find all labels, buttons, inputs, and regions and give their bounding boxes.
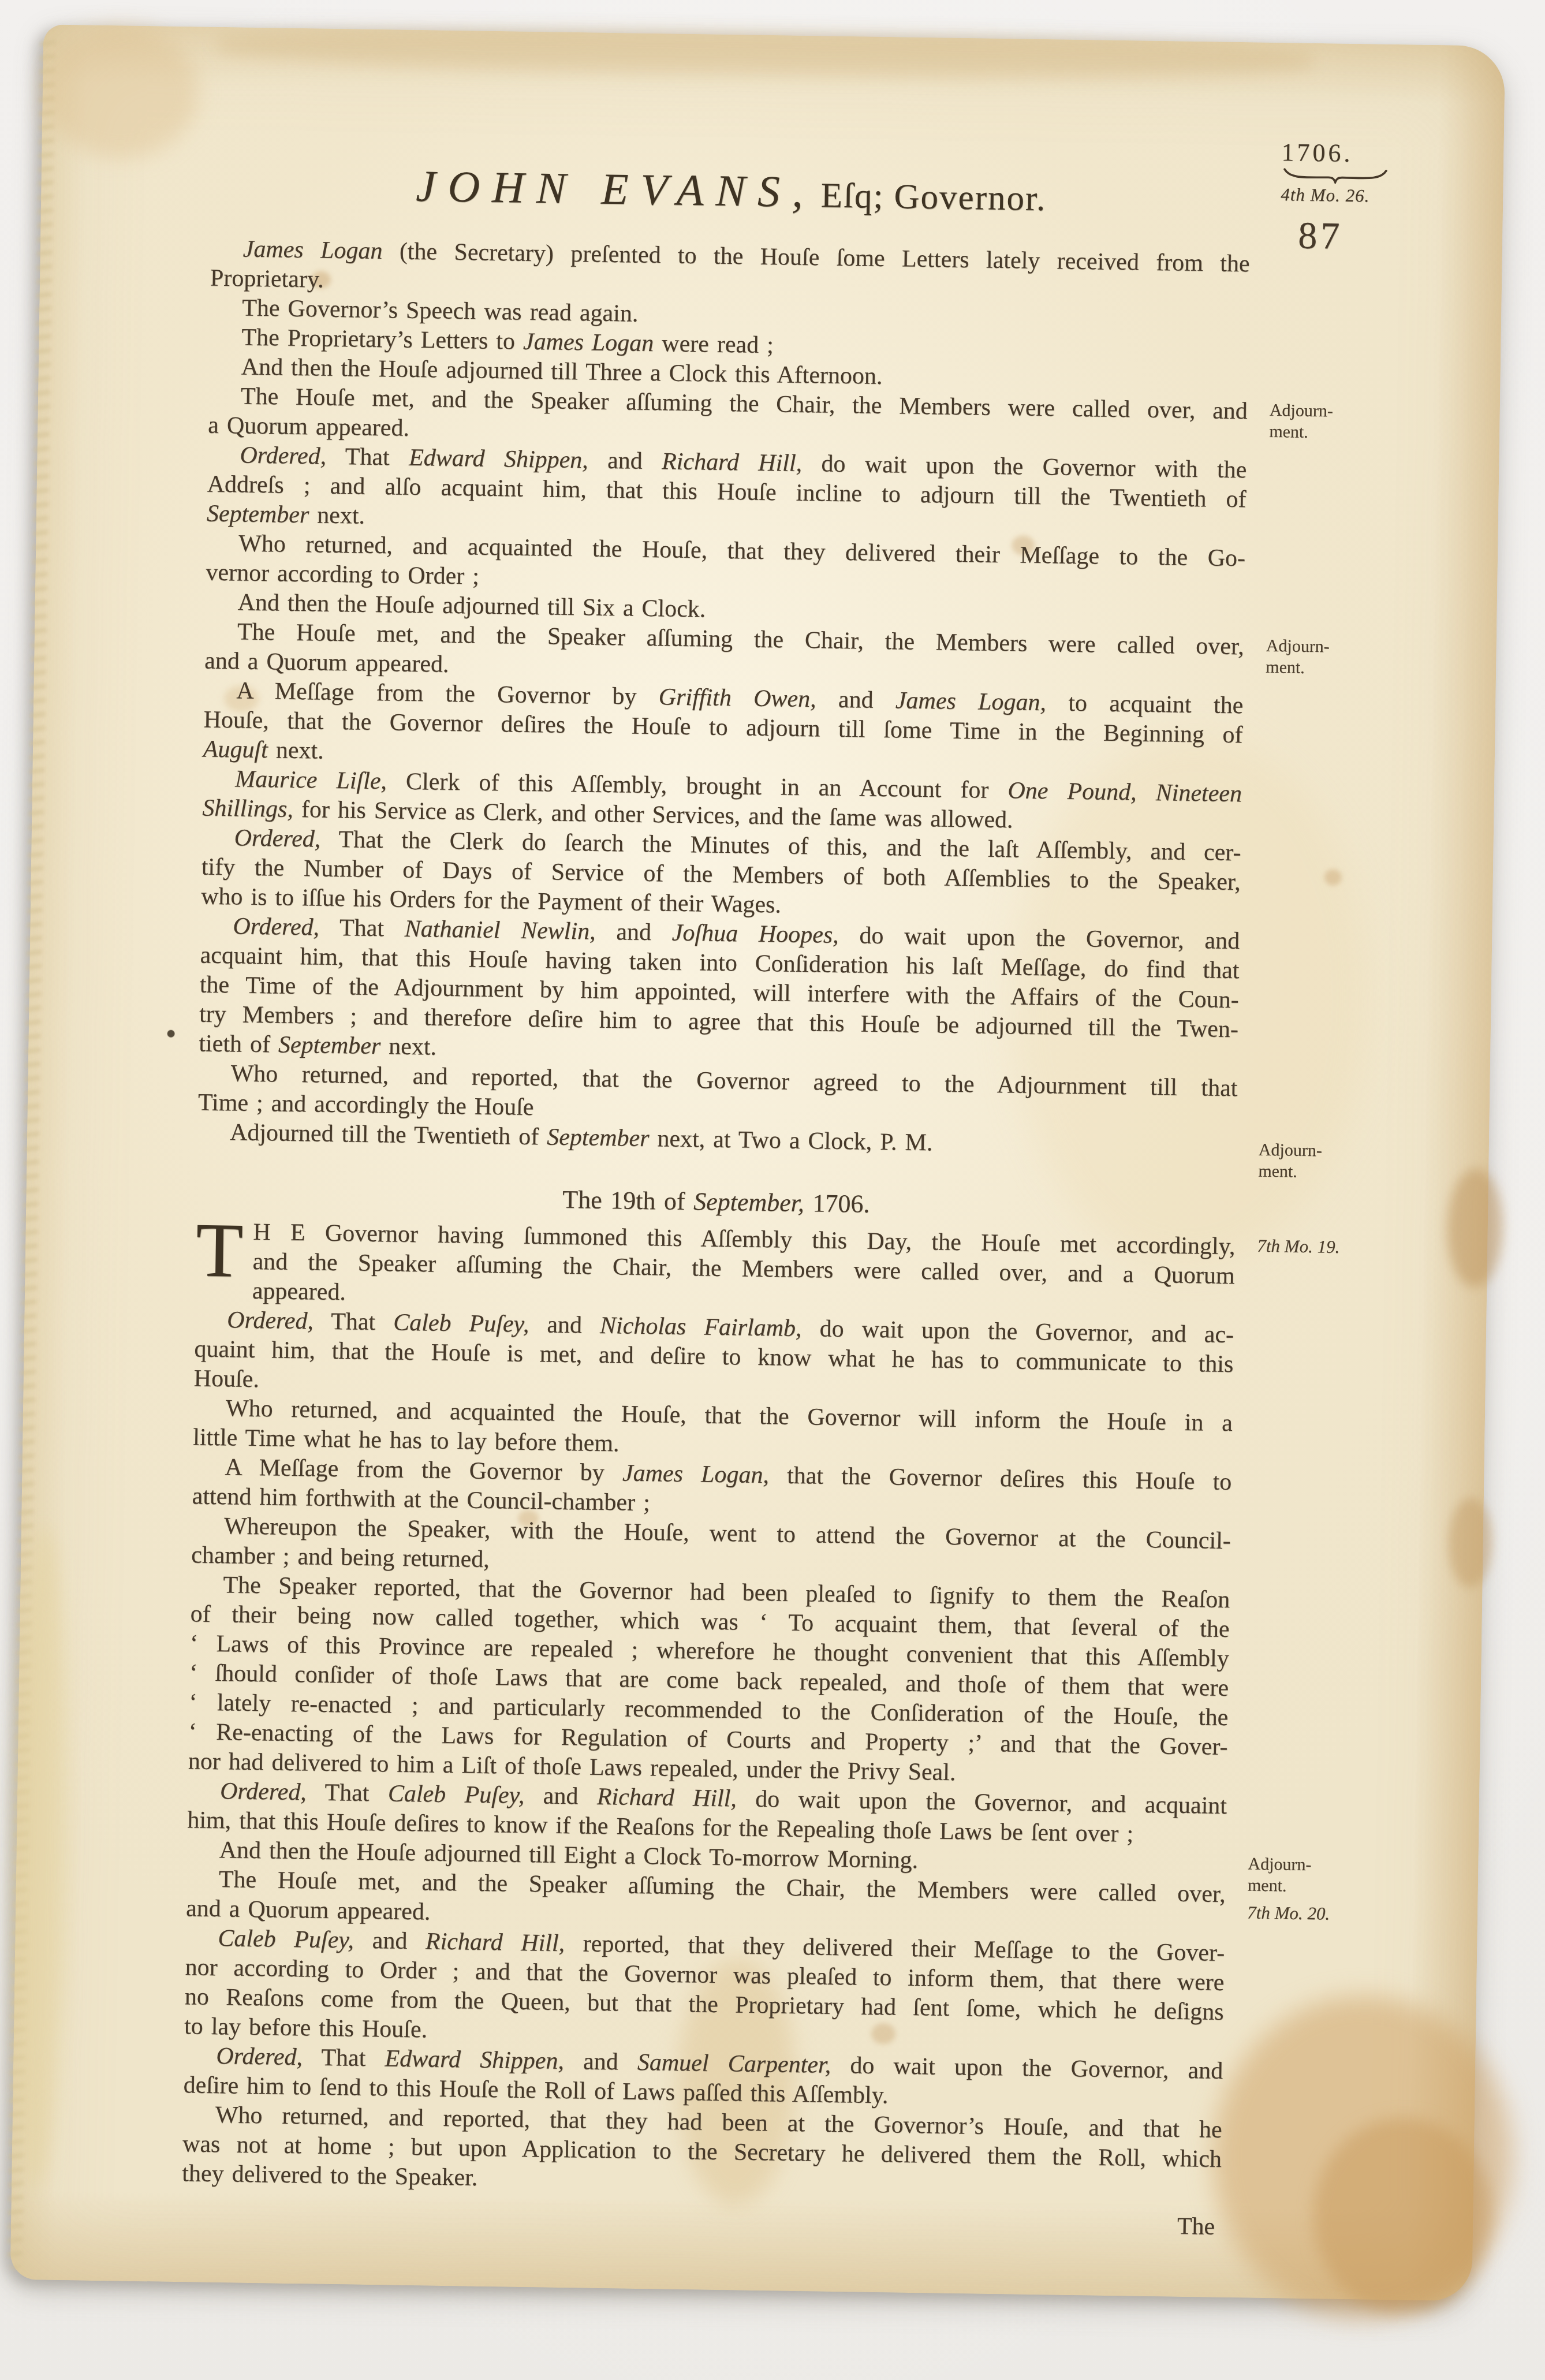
margin-year-note: 1706. 4th Mo. 26. — [1281, 137, 1426, 207]
margin-note-line: ment. — [1269, 421, 1408, 445]
margin-note: 7th Mo. 19. — [1257, 1235, 1396, 1259]
stain — [1448, 1498, 1493, 1588]
margin-note-line: ment. — [1258, 1161, 1397, 1184]
deckle-edge — [8, 32, 55, 2269]
paragraph: Ordered, That Caleb Puſey, and Nicholas … — [193, 1305, 1234, 1409]
photo-background: 87 JOHN EVANS, Eſq; Governor. James Loga… — [0, 0, 1545, 2380]
margin-note: Adjourn-ment.7th Mo. 20. — [1247, 1853, 1387, 1926]
paragraph: Caleb Puſey, and Richard Hill, reported,… — [184, 1923, 1225, 2057]
brace-icon — [1282, 167, 1389, 185]
page-number: 87 — [1298, 214, 1402, 260]
stain — [216, 24, 1313, 83]
year-label: 1706. — [1281, 137, 1426, 169]
margin-note: Adjourn-ment. — [1269, 400, 1408, 445]
margin-note-line: 7th Mo. 20. — [1247, 1902, 1386, 1926]
paragraph: The Speaker reported, that the Governor … — [188, 1570, 1230, 1792]
governor-title: Eſq; Governor. — [820, 176, 1046, 218]
margin-note-line: 7th Mo. 19. — [1257, 1235, 1396, 1259]
section-heading: The 19th of September, 1706. — [196, 1179, 1236, 1224]
catchword: The — [181, 2198, 1221, 2241]
paragraph: Ordered, That the Clerk do ſearch the Mi… — [201, 823, 1241, 927]
stain — [1211, 1994, 1516, 2322]
ink-spot — [167, 1030, 175, 1038]
stain — [8, 1525, 73, 2190]
stain — [42, 24, 199, 159]
margin-note-line: Adjourn- — [1266, 635, 1405, 659]
margin-note-line: Adjourn- — [1270, 400, 1409, 423]
body-text: James Logan (the Secretary) preſented to… — [182, 234, 1250, 2204]
stain — [1446, 1169, 1503, 1288]
margin-note-line: ment. — [1266, 656, 1405, 680]
running-header: JOHN EVANS, Eſq; Governor. — [211, 158, 1251, 225]
margin-note-line: ment. — [1248, 1875, 1387, 1898]
month-day-label: 4th Mo. 26. — [1281, 184, 1425, 207]
paragraph: Who returned, and reported, that they ha… — [182, 2100, 1222, 2204]
margin-note: Adjourn-ment. — [1258, 1139, 1397, 1184]
paragraph: Ordered, That Edward Shippen, and Richar… — [207, 441, 1247, 544]
governor-name: JOHN EVANS, — [416, 161, 816, 217]
stain — [1312, 2116, 1494, 2315]
paragraph: TH E Governor having ſummoned this Aſſem… — [195, 1217, 1236, 1320]
paragraph: A Meſſage from the Governor by Griffith … — [203, 676, 1244, 780]
document-page: 87 JOHN EVANS, Eſq; Governor. James Loga… — [10, 24, 1506, 2301]
margin-note-line: Adjourn- — [1248, 1853, 1387, 1877]
text-column: JOHN EVANS, Eſq; Governor. James Logan (… — [181, 124, 1252, 2241]
heading-line: The 19th of September, 1706. — [196, 1179, 1236, 1224]
paragraph: Ordered, That Nathaniel Newlin, and Joſh… — [199, 911, 1240, 1074]
stain — [1324, 869, 1342, 885]
margin-note-line: Adjourn- — [1259, 1139, 1398, 1163]
margin-note: Adjourn-ment. — [1266, 635, 1405, 680]
